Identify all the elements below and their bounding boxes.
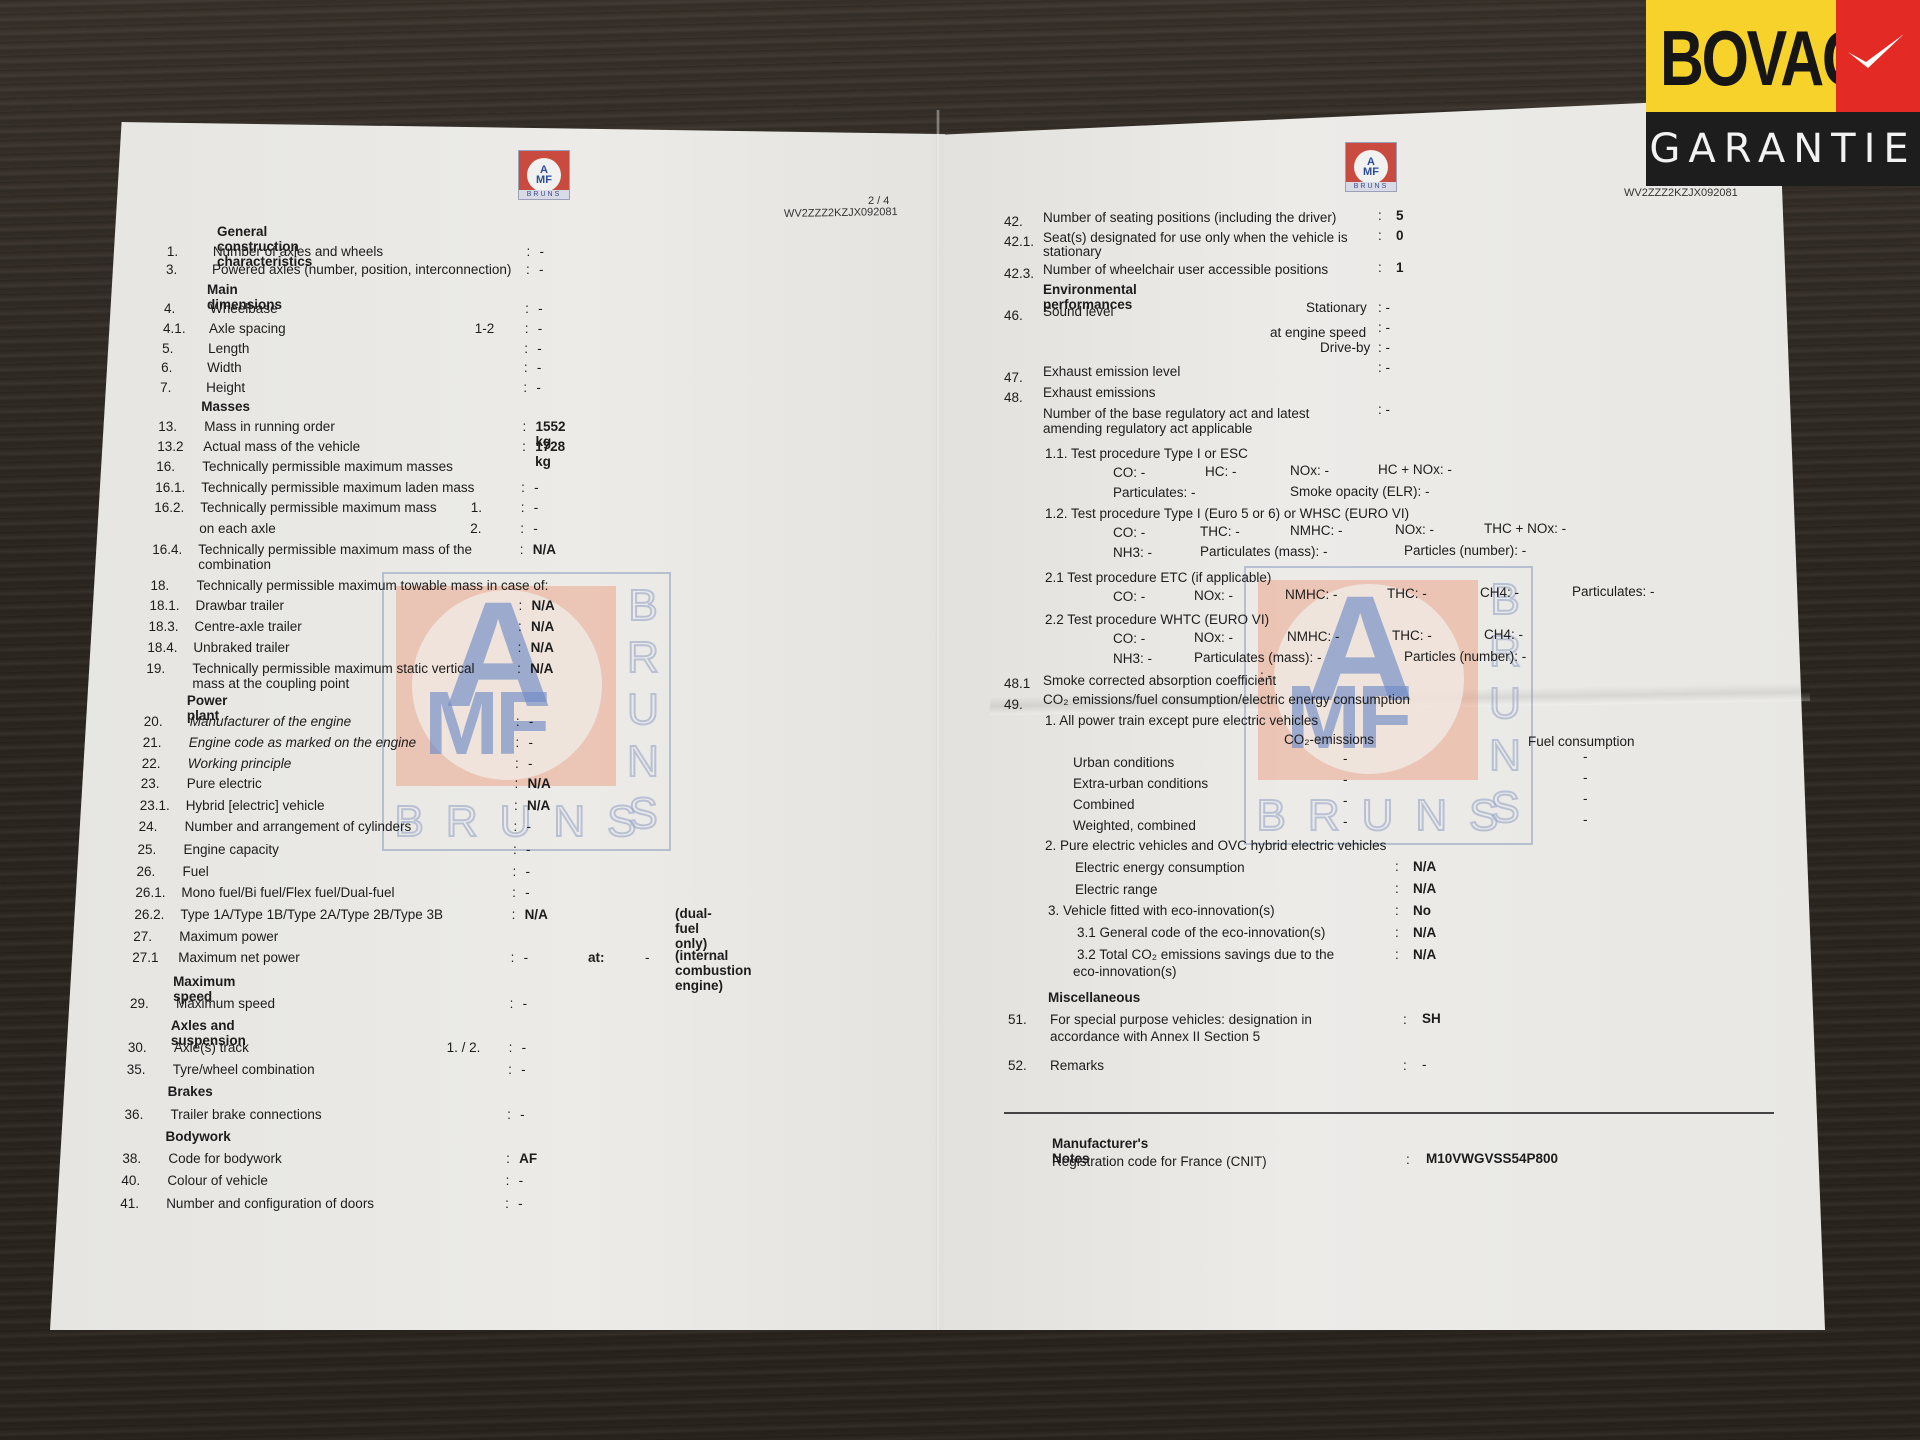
spec-row-colon: : [1378, 228, 1382, 243]
electric-row-value: N/A [1413, 859, 1436, 874]
emission-value: Smoke opacity (ELR): - [1290, 484, 1430, 499]
spec-row-number: 42. [1004, 214, 1023, 229]
spec-row-label: Seat(s) designated for use only when the… [1043, 230, 1348, 245]
page-fold [936, 110, 940, 1330]
spec-row-number: 24. [139, 819, 158, 834]
spec-row-number: 18.1. [149, 598, 179, 613]
spec-row-value: N/A [530, 661, 553, 676]
spec-row-colon: : [525, 301, 529, 316]
sound-stationary-value: : - [1378, 300, 1390, 315]
spec-row-value: : - [1378, 360, 1390, 375]
spec-row-colon: : [506, 1173, 510, 1188]
spec-row-value: - [523, 996, 528, 1011]
spec-row-qualifier: 2. [470, 521, 481, 536]
spec-row-label: Mass in running order [204, 419, 335, 434]
emission-value: Particulates (mass): - [1194, 650, 1322, 665]
co2-row-co2-value: - [1343, 814, 1348, 829]
spec-row-colon: : [519, 598, 523, 613]
emission-value: THC: - [1387, 586, 1427, 601]
spec-row-label: Maximum net power [178, 950, 300, 965]
co2-subsection-title: 1. All power train except pure electric … [1045, 713, 1318, 728]
spec-row-label: Wheelbase [210, 301, 278, 316]
spec-row-colon: : [512, 907, 516, 922]
spec-row-number: 26. [136, 864, 155, 879]
fuel-column-header: Fuel consumption [1528, 734, 1635, 749]
co2-column-header: CO₂-emissions [1284, 732, 1374, 747]
spec-row-number: 22. [142, 756, 161, 771]
spec-row-label: Length [208, 341, 249, 356]
spec-row-label: Number and arrangement of cylinders [185, 819, 412, 834]
notes-label: Registration code for France (CNIT) [1052, 1154, 1267, 1169]
spec-row-label: Technically permissible maximum mass of … [198, 542, 472, 557]
vin-left: WV2ZZZ2KZJX092081 [784, 206, 898, 220]
spec-row-label-continued: stationary [1043, 244, 1102, 259]
spec-row-label-continued: combination [198, 557, 271, 572]
spec-row-value: - [524, 950, 529, 965]
spec-row-value: SH [1422, 1011, 1441, 1026]
spec-row-colon: : [523, 380, 527, 395]
spec-row-value: N/A [528, 776, 551, 791]
emission-value: Particles (number): - [1404, 649, 1526, 664]
emission-value: HC + NOx: - [1378, 462, 1452, 477]
emission-value: NOx: - [1194, 630, 1233, 645]
emission-test-title: 1.1. Test procedure Type I or ESC [1045, 446, 1248, 461]
spec-row-value: 5 [1396, 208, 1404, 223]
spec-row-number: 48. [1004, 390, 1023, 405]
spec-row-colon: : [508, 1062, 512, 1077]
spec-row-label: Number of the base regulatory act and la… [1043, 406, 1309, 421]
amf-logo-mark: A MF [1354, 150, 1388, 184]
co2-row-label: Weighted, combined [1073, 818, 1196, 833]
emission-value: THC: - [1392, 628, 1432, 643]
spec-row-value: : - [1378, 402, 1390, 417]
spec-row-label: Exhaust emission level [1043, 364, 1180, 379]
emission-value: THC + NOx: - [1484, 521, 1566, 536]
emission-value: Particulates: - [1113, 485, 1196, 500]
spec-row-label: Code for bodywork [168, 1151, 281, 1166]
spec-row-colon: : [524, 341, 528, 356]
spec-row-label: Unbraked trailer [193, 640, 289, 655]
spec-row-number: 16.4. [152, 542, 182, 557]
spec-row-number: 21. [143, 735, 162, 750]
emission-value: Particulates (mass): - [1200, 544, 1328, 559]
spec-row-number: 38. [122, 1151, 141, 1166]
emission-value: Particles (number): - [1404, 543, 1526, 558]
spec-row-label: Pure electric [187, 776, 262, 791]
spec-row-number: 18. [150, 578, 169, 593]
spec-row-number: 19. [146, 661, 165, 676]
bovag-garantie-badge: BOVAG GARANTIE [1646, 0, 1920, 186]
spec-row-number: 36. [125, 1107, 144, 1122]
spec-row-value: - [522, 1040, 527, 1055]
spec-row-label: Working principle [188, 756, 292, 771]
spec-row-qualifier: 1. / 2. [447, 1040, 481, 1055]
spec-row-value: - [518, 1196, 523, 1211]
spec-row-value: - [538, 321, 543, 336]
emission-value: CO: - [1113, 631, 1145, 646]
spec-row-colon: : [520, 542, 524, 557]
spec-row-colon: : [505, 1196, 509, 1211]
spec-row-label: Manufacturer of the engine [190, 714, 351, 729]
spec-row-number: 23. [141, 776, 160, 791]
spec-row-value: - [527, 819, 532, 834]
amf-logo-strip: BRUNS [1346, 182, 1396, 191]
badge-subtitle: GARANTIE [1646, 112, 1920, 186]
section-heading: Bodywork [165, 1129, 230, 1144]
spec-row-number: 5. [162, 341, 173, 356]
spec-row-colon: : [520, 521, 524, 536]
spec-row-label: Powered axles (number, position, interco… [212, 262, 511, 277]
spec-row-colon: : [1395, 881, 1399, 896]
spec-row-colon: : [517, 661, 521, 676]
amf-logo-left: A MF BRUNS [518, 150, 570, 200]
spec-row-colon: : [1395, 903, 1399, 918]
co2-row-fuel-value: - [1583, 812, 1588, 827]
checkmark-icon [1846, 30, 1906, 70]
spec-row-colon: : [515, 776, 519, 791]
spec-row-at-label: at: [588, 950, 605, 965]
spec-row-colon: : [1395, 859, 1399, 874]
spec-row-number: 42.1. [1004, 234, 1034, 249]
spec-row-value: - [521, 1062, 526, 1077]
emission-value: NMHC: - [1285, 587, 1338, 602]
spec-row-number: 26.1. [135, 885, 165, 900]
spec-row-value: - [525, 885, 530, 900]
emission-value: CO: - [1113, 465, 1145, 480]
spec-row-label: Number of seating positions (including t… [1043, 210, 1336, 225]
spec-row-value: - [526, 842, 531, 857]
spec-row-label: Drawbar trailer [195, 598, 284, 613]
spec-row-label: Number of axles and wheels [213, 244, 383, 259]
emission-value: NH3: - [1113, 651, 1152, 666]
spec-row-colon: : [524, 360, 528, 375]
spec-row-number: 41. [120, 1196, 139, 1211]
spec-row-label: Technically permissible maximum static v… [192, 661, 474, 676]
spec-row-number: 47. [1004, 370, 1023, 385]
spec-row-number: 40. [121, 1173, 140, 1188]
spec-row-value: : - [1260, 668, 1272, 683]
spec-row-number: 35. [127, 1062, 146, 1077]
electric-row-label: Electric range [1075, 882, 1158, 897]
spec-row-colon: : [518, 640, 522, 655]
spec-row-colon: : [1378, 208, 1382, 223]
amf-logo-mf: MF [536, 175, 552, 185]
spec-row-label: Engine capacity [184, 842, 279, 857]
spec-row-colon: : [514, 819, 518, 834]
spec-row-label: Centre-axle trailer [194, 619, 301, 634]
spec-row-colon: : [526, 244, 530, 259]
spec-row-colon: : [512, 885, 516, 900]
spec-row-number: 13.2 [157, 439, 183, 454]
emission-value: NMHC: - [1287, 629, 1340, 644]
spec-row-value: AF [519, 1151, 537, 1166]
spec-row-label: Type 1A/Type 1B/Type 2A/Type 2B/Type 3B [180, 907, 443, 922]
spec-row-value: - [1422, 1057, 1427, 1072]
spec-row-label: Maximum power [179, 929, 278, 944]
spec-row-value: N/A [525, 907, 548, 922]
co2-row-label: Urban conditions [1073, 755, 1174, 770]
section-heading: Miscellaneous [1048, 990, 1140, 1005]
spec-row-colon: : [1406, 1152, 1410, 1167]
spec-row-number: 26.2. [134, 907, 164, 922]
spec-row-label: Exhaust emissions [1043, 385, 1156, 400]
spec-row-label: Remarks [1050, 1058, 1104, 1073]
spec-row-value: - [528, 735, 533, 750]
spec-row-colon: : [521, 500, 525, 515]
spec-row-number: 1. [167, 244, 178, 259]
emission-test-title: 2.1 Test procedure ETC (if applicable) [1045, 570, 1271, 585]
spec-row-colon: : [1403, 1012, 1407, 1027]
section-heading: Masses [201, 399, 250, 414]
spec-row-number: 23.1. [140, 798, 170, 813]
spec-row-value: - [528, 756, 533, 771]
spec-row-number: 4.1. [163, 321, 186, 336]
spec-row-colon: : [515, 756, 519, 771]
co2-row-co2-value: - [1343, 772, 1348, 787]
sound-engine-speed-label: at engine speed [1270, 325, 1366, 340]
electric-row-label: Electric energy consumption [1075, 860, 1245, 875]
spec-row-colon: : [513, 864, 517, 879]
section-heading: Brakes [168, 1084, 213, 1099]
spec-row-value: N/A [533, 542, 556, 557]
spec-row-label: Technically permissible maximum laden ma… [201, 480, 474, 495]
spec-row-number: 27. [133, 929, 152, 944]
spec-row-colon: : [507, 1107, 511, 1122]
spec-row-value: 0 [1396, 228, 1404, 243]
spec-row-number: 16.2. [154, 500, 184, 515]
spec-row-label: Axle spacing [209, 321, 286, 336]
emission-value: NMHC: - [1290, 523, 1343, 538]
spec-row-colon: : [1395, 925, 1399, 940]
spec-row-value: - [526, 864, 531, 879]
spec-row-label: Actual mass of the vehicle [203, 439, 360, 454]
divider-line [1004, 1112, 1774, 1114]
spec-row-colon: : [523, 419, 527, 434]
spec-row-label: For special purpose vehicles: designatio… [1050, 1012, 1312, 1027]
amf-logo-mf: MF [1363, 167, 1379, 177]
spec-row-label: Technically permissible maximum masses [202, 459, 453, 474]
spec-row-at-value: - [645, 950, 650, 965]
spec-row-value: - [534, 500, 539, 515]
spec-row-label: Tyre/wheel combination [173, 1062, 315, 1077]
spec-row-value: - [529, 714, 534, 729]
spec-row-value: - [537, 341, 542, 356]
spec-row-label: Height [206, 380, 245, 395]
co2-row-co2-value: - [1343, 793, 1348, 808]
emission-value: Particulates: - [1572, 584, 1655, 599]
emission-value: CH4: - [1480, 585, 1519, 600]
eco-innovation-label: 3. Vehicle fitted with eco-innovation(s) [1048, 903, 1275, 918]
spec-row-label: CO₂ emissions/fuel consumption/electric … [1043, 692, 1410, 707]
spec-row-value: - [534, 480, 539, 495]
spec-row-value: N/A [531, 640, 554, 655]
spec-row-label: Engine code as marked on the engine [189, 735, 416, 750]
sound-driveby-label: Drive-by [1320, 340, 1370, 355]
spec-row-number: 49. [1004, 697, 1023, 712]
spec-row-label: Technically permissible maximum mass [200, 500, 436, 515]
spec-row-number: 18.3. [148, 619, 178, 634]
spec-row-value: - [538, 301, 543, 316]
amf-logo-mark: A MF [527, 158, 561, 192]
spec-row-number: 3. [166, 262, 177, 277]
spec-row-number: 16. [156, 459, 175, 474]
spec-row-label: Number and configuration of doors [166, 1196, 374, 1211]
spec-row-label-continued: amending regulatory act applicable [1043, 421, 1252, 436]
spec-row-value: N/A [532, 598, 555, 613]
spec-row-label: Colour of vehicle [167, 1173, 268, 1188]
spec-row-number: 13. [158, 419, 177, 434]
spec-row-value: - [539, 244, 544, 259]
amf-logo-strip: BRUNS [519, 190, 569, 199]
spec-row-colon: : [516, 714, 520, 729]
spec-row-value: - [520, 1107, 525, 1122]
eco-row-value: N/A [1413, 947, 1436, 962]
co2-row-label: Combined [1073, 797, 1135, 812]
spec-row-number: 51. [1008, 1012, 1027, 1027]
spec-row-qualifier: 1-2 [475, 321, 495, 336]
spec-row-colon: : [510, 996, 514, 1011]
spec-row-value: N/A [527, 798, 550, 813]
spec-row-number: 46. [1004, 308, 1023, 323]
spec-row-number: 16.1. [155, 480, 185, 495]
spec-row-value: - [537, 360, 542, 375]
spec-row-label-continued: mass at the coupling point [192, 676, 349, 691]
spec-row-colon: : [515, 735, 519, 750]
spec-row-label-continued: accordance with Annex II Section 5 [1050, 1029, 1260, 1044]
spec-row-colon: : [511, 950, 515, 965]
spec-row-label: Trailer brake connections [171, 1107, 322, 1122]
emission-test-title: 2.2 Test procedure WHTC (EURO VI) [1045, 612, 1269, 627]
spec-row-label: Number of wheelchair user accessible pos… [1043, 262, 1328, 277]
watermark-bruns-vertical: BRUNS [623, 580, 663, 840]
emission-value: THC: - [1200, 524, 1240, 539]
page-number: 2 / 4 [868, 195, 889, 207]
sound-engine-speed-value: : - [1378, 320, 1390, 335]
spec-row-number: 4. [164, 301, 175, 316]
spec-row-colon: : [526, 262, 530, 277]
emission-value: HC: - [1205, 464, 1237, 479]
watermark-bruns-vertical: BRUNS [1485, 574, 1525, 834]
spec-row-colon: : [1395, 947, 1399, 962]
spec-row-number: 29. [130, 996, 149, 1011]
sound-driveby-value: : - [1378, 340, 1390, 355]
emission-value: CH4: - [1484, 627, 1523, 642]
emission-value: NOx: - [1290, 463, 1329, 478]
eco-row-value: N/A [1413, 925, 1436, 940]
eco-innovation-value: No [1413, 903, 1431, 918]
emission-test-title: 1.2. Test procedure Type I (Euro 5 or 6)… [1045, 506, 1409, 521]
spec-row-colon: : [518, 619, 522, 634]
eco-row-label: 3.2 Total CO₂ emissions savings due to t… [1077, 947, 1334, 962]
spec-row-colon: : [509, 1040, 513, 1055]
spec-row-note: (internal combustion engine) [675, 948, 752, 993]
spec-row-qualifier: 1. [471, 500, 482, 515]
sound-stationary-label: Stationary [1306, 300, 1367, 315]
eco-row-label-continued: eco-innovation(s) [1073, 964, 1177, 979]
spec-row-number: 18.4. [147, 640, 177, 655]
spec-row-value: N/A [531, 619, 554, 634]
spec-row-value: - [519, 1173, 524, 1188]
spec-row-number: 48.1 [1004, 676, 1030, 691]
co2-row-fuel-value: - [1583, 791, 1588, 806]
emission-value: NOx: - [1194, 588, 1233, 603]
spec-row-label: Sound level [1043, 304, 1114, 319]
eco-row-label: 3.1 General code of the eco-innovation(s… [1077, 925, 1325, 940]
spec-row-colon: : [1378, 260, 1382, 275]
emission-value: CO: - [1113, 525, 1145, 540]
spec-row-label: Mono fuel/Bi fuel/Flex fuel/Dual-fuel [181, 885, 394, 900]
spec-row-number: 7. [160, 380, 171, 395]
spec-row-number: 6. [161, 360, 172, 375]
spec-row-value: 1728 kg [535, 439, 565, 469]
spec-row-label: Width [207, 360, 242, 375]
electric-row-value: N/A [1413, 881, 1436, 896]
cnit-code-value: M10VWGVSS54P800 [1426, 1151, 1558, 1166]
spec-row-colon: : [521, 480, 525, 495]
spec-row-label: Hybrid [electric] vehicle [186, 798, 325, 813]
spec-row-label: on each axle [199, 521, 276, 536]
spec-row-colon: : [506, 1151, 510, 1166]
spec-row-value: - [533, 521, 538, 536]
emission-value: NH3: - [1113, 545, 1152, 560]
spec-row-label: Technically permissible maximum towable … [196, 578, 548, 593]
spec-row-value: 1 [1396, 260, 1404, 275]
co2-row-fuel-value: - [1583, 749, 1588, 764]
co2-row-label: Extra-urban conditions [1073, 776, 1208, 791]
spec-row-label: Maximum speed [176, 996, 275, 1011]
amf-logo-right: A MF BRUNS [1345, 142, 1397, 192]
spec-row-value: - [539, 262, 544, 277]
co2-row-co2-value: - [1343, 751, 1348, 766]
spec-row-colon: : [522, 439, 526, 454]
vin-right: WV2ZZZ2KZJX092081 [1624, 187, 1738, 199]
spec-row-label: Fuel [182, 864, 208, 879]
spec-row-label: Smoke corrected absorption coefficient [1043, 673, 1276, 688]
spec-row-number: 27.1 [132, 950, 158, 965]
spec-row-label: Axle(s) track [174, 1040, 249, 1055]
spec-row-number: 20. [144, 714, 163, 729]
electric-subsection-title: 2. Pure electric vehicles and OVC hybrid… [1045, 838, 1386, 853]
spec-row-number: 25. [138, 842, 157, 857]
spec-row-value: - [536, 380, 541, 395]
spec-row-number: 30. [128, 1040, 147, 1055]
emission-value: NOx: - [1395, 522, 1434, 537]
spec-row-number: 42.3. [1004, 266, 1034, 281]
co2-row-fuel-value: - [1583, 770, 1588, 785]
spec-row-colon: : [514, 798, 518, 813]
spec-row-colon: : [513, 842, 517, 857]
spec-row-colon: : [1403, 1058, 1407, 1073]
spec-row-number: 52. [1008, 1058, 1027, 1073]
spec-row-colon: : [525, 321, 529, 336]
spec-row-note: (dual-fuel only) [675, 906, 712, 951]
emission-value: CO: - [1113, 589, 1145, 604]
